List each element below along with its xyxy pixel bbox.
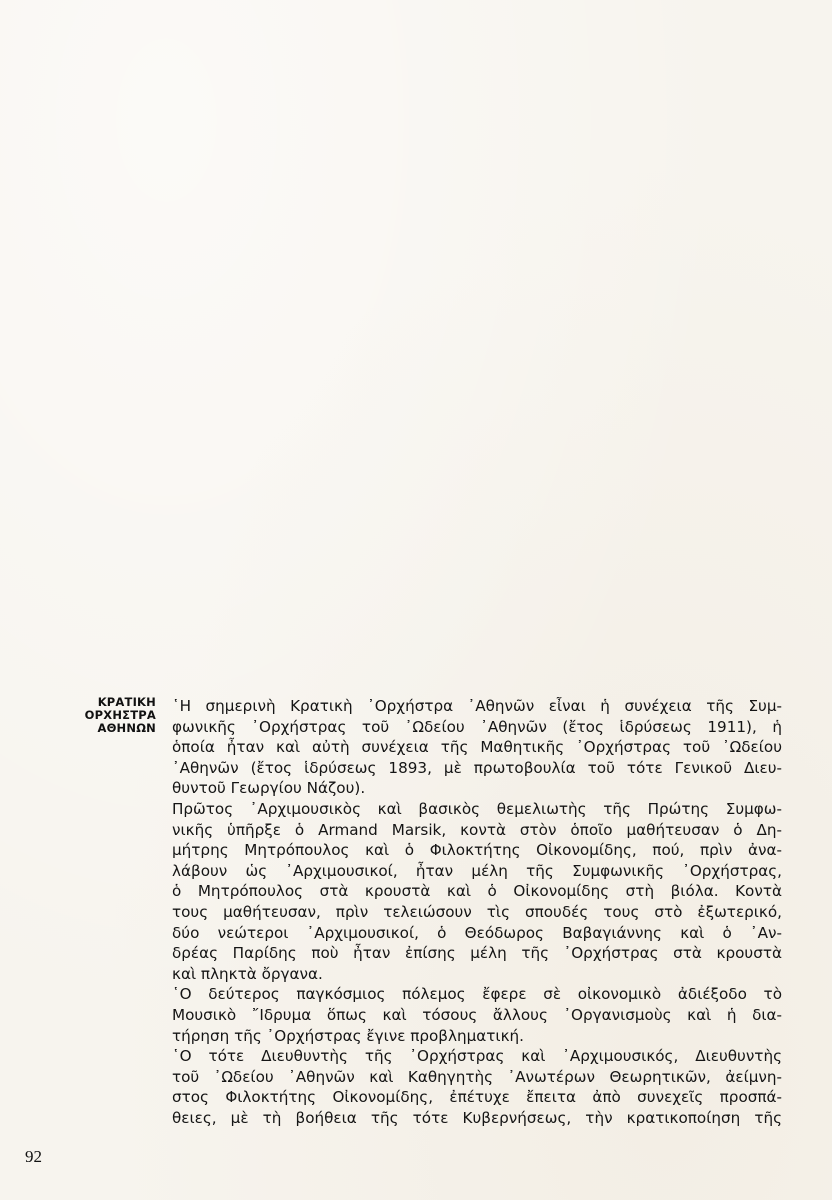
text-line: στος Φιλοκτήτης Οἰκονομίδης, ἐπέτυχε ἔπε… (172, 1087, 782, 1108)
text-line: θυντοῦ Γεωργίου Νάζου). (172, 778, 782, 799)
text-line: ὁποία ἦταν καὶ αὐτὴ συνέχεια τῆς Μαθητικ… (172, 737, 782, 758)
text-line: ῾Η σημερινὴ Κρατικὴ ᾿Ορχήστρα ᾿Αθηνῶν εἶ… (172, 696, 782, 717)
text-line: θειες, μὲ τὴ βοήθεια τῆς τότε Κυβερνήσεω… (172, 1108, 782, 1129)
text-line: δρέας Παρίδης ποὺ ἦταν ἐπίσης μέλη τῆς ᾿… (172, 943, 782, 964)
page-number: 92 (25, 1147, 42, 1167)
text-line: μήτρης Μητρόπουλος καὶ ὁ Φιλοκτήτης Οἰκο… (172, 840, 782, 861)
text-line: ὁ Μητρόπουλος στὰ κρουστὰ καὶ ὁ Οἰκονομί… (172, 881, 782, 902)
text-line: τοῦ ᾿Ωδείου ᾿Αθηνῶν καὶ Καθηγητὴς ᾿Ανωτέ… (172, 1067, 782, 1088)
document-page: ΚΡΑΤΙΚΗ ΟΡΧΗΣΤΡΑ ΑΘΗΝΩΝ ῾Η σημερινὴ Κρατ… (0, 0, 832, 1200)
text-line: ῾Ο δεύτερος παγκόσμιος πόλεμος ἔφερε σὲ … (172, 984, 782, 1005)
text-line: Πρῶτος ᾿Αρχιμουσικὸς καὶ βασικὸς θεμελιω… (172, 799, 782, 820)
side-heading-line: ΑΘΗΝΩΝ (70, 722, 156, 735)
text-line: καὶ πληκτὰ ὄργανα. (172, 964, 782, 985)
text-line: ᾿Αθηνῶν (ἔτος ἱδρύσεως 1893, μὲ πρωτοβου… (172, 758, 782, 779)
body-text: ῾Η σημερινὴ Κρατικὴ ᾿Ορχήστρα ᾿Αθηνῶν εἶ… (172, 696, 782, 1128)
text-line: φωνικῆς ᾿Ορχήστρας τοῦ ᾿Ωδείου ᾿Αθηνῶν (… (172, 717, 782, 738)
section-side-heading: ΚΡΑΤΙΚΗ ΟΡΧΗΣΤΡΑ ΑΘΗΝΩΝ (70, 696, 156, 735)
text-line: δύο νεώτεροι ᾿Αρχιμουσικοί, ὁ Θεόδωρος Β… (172, 923, 782, 944)
text-line: ῾Ο τότε Διευθυντὴς τῆς ᾿Ορχήστρας καὶ ᾿Α… (172, 1046, 782, 1067)
text-line: τους μαθήτευσαν, πρὶν τελειώσουν τὶς σπο… (172, 902, 782, 923)
text-line: Μουσικὸ ῎Ιδρυμα ὅπως καὶ τόσους ἄλλους ᾿… (172, 1005, 782, 1026)
text-line: λάβουν ὡς ᾿Αρχιμουσικοί, ἦταν μέλη τῆς Σ… (172, 861, 782, 882)
text-line: νικῆς ὑπῆρξε ὁ Armand Marsik, κοντὰ στὸν… (172, 820, 782, 841)
text-line: τήρηση τῆς ᾿Ορχήστρας ἔγινε προβληματική… (172, 1026, 782, 1047)
